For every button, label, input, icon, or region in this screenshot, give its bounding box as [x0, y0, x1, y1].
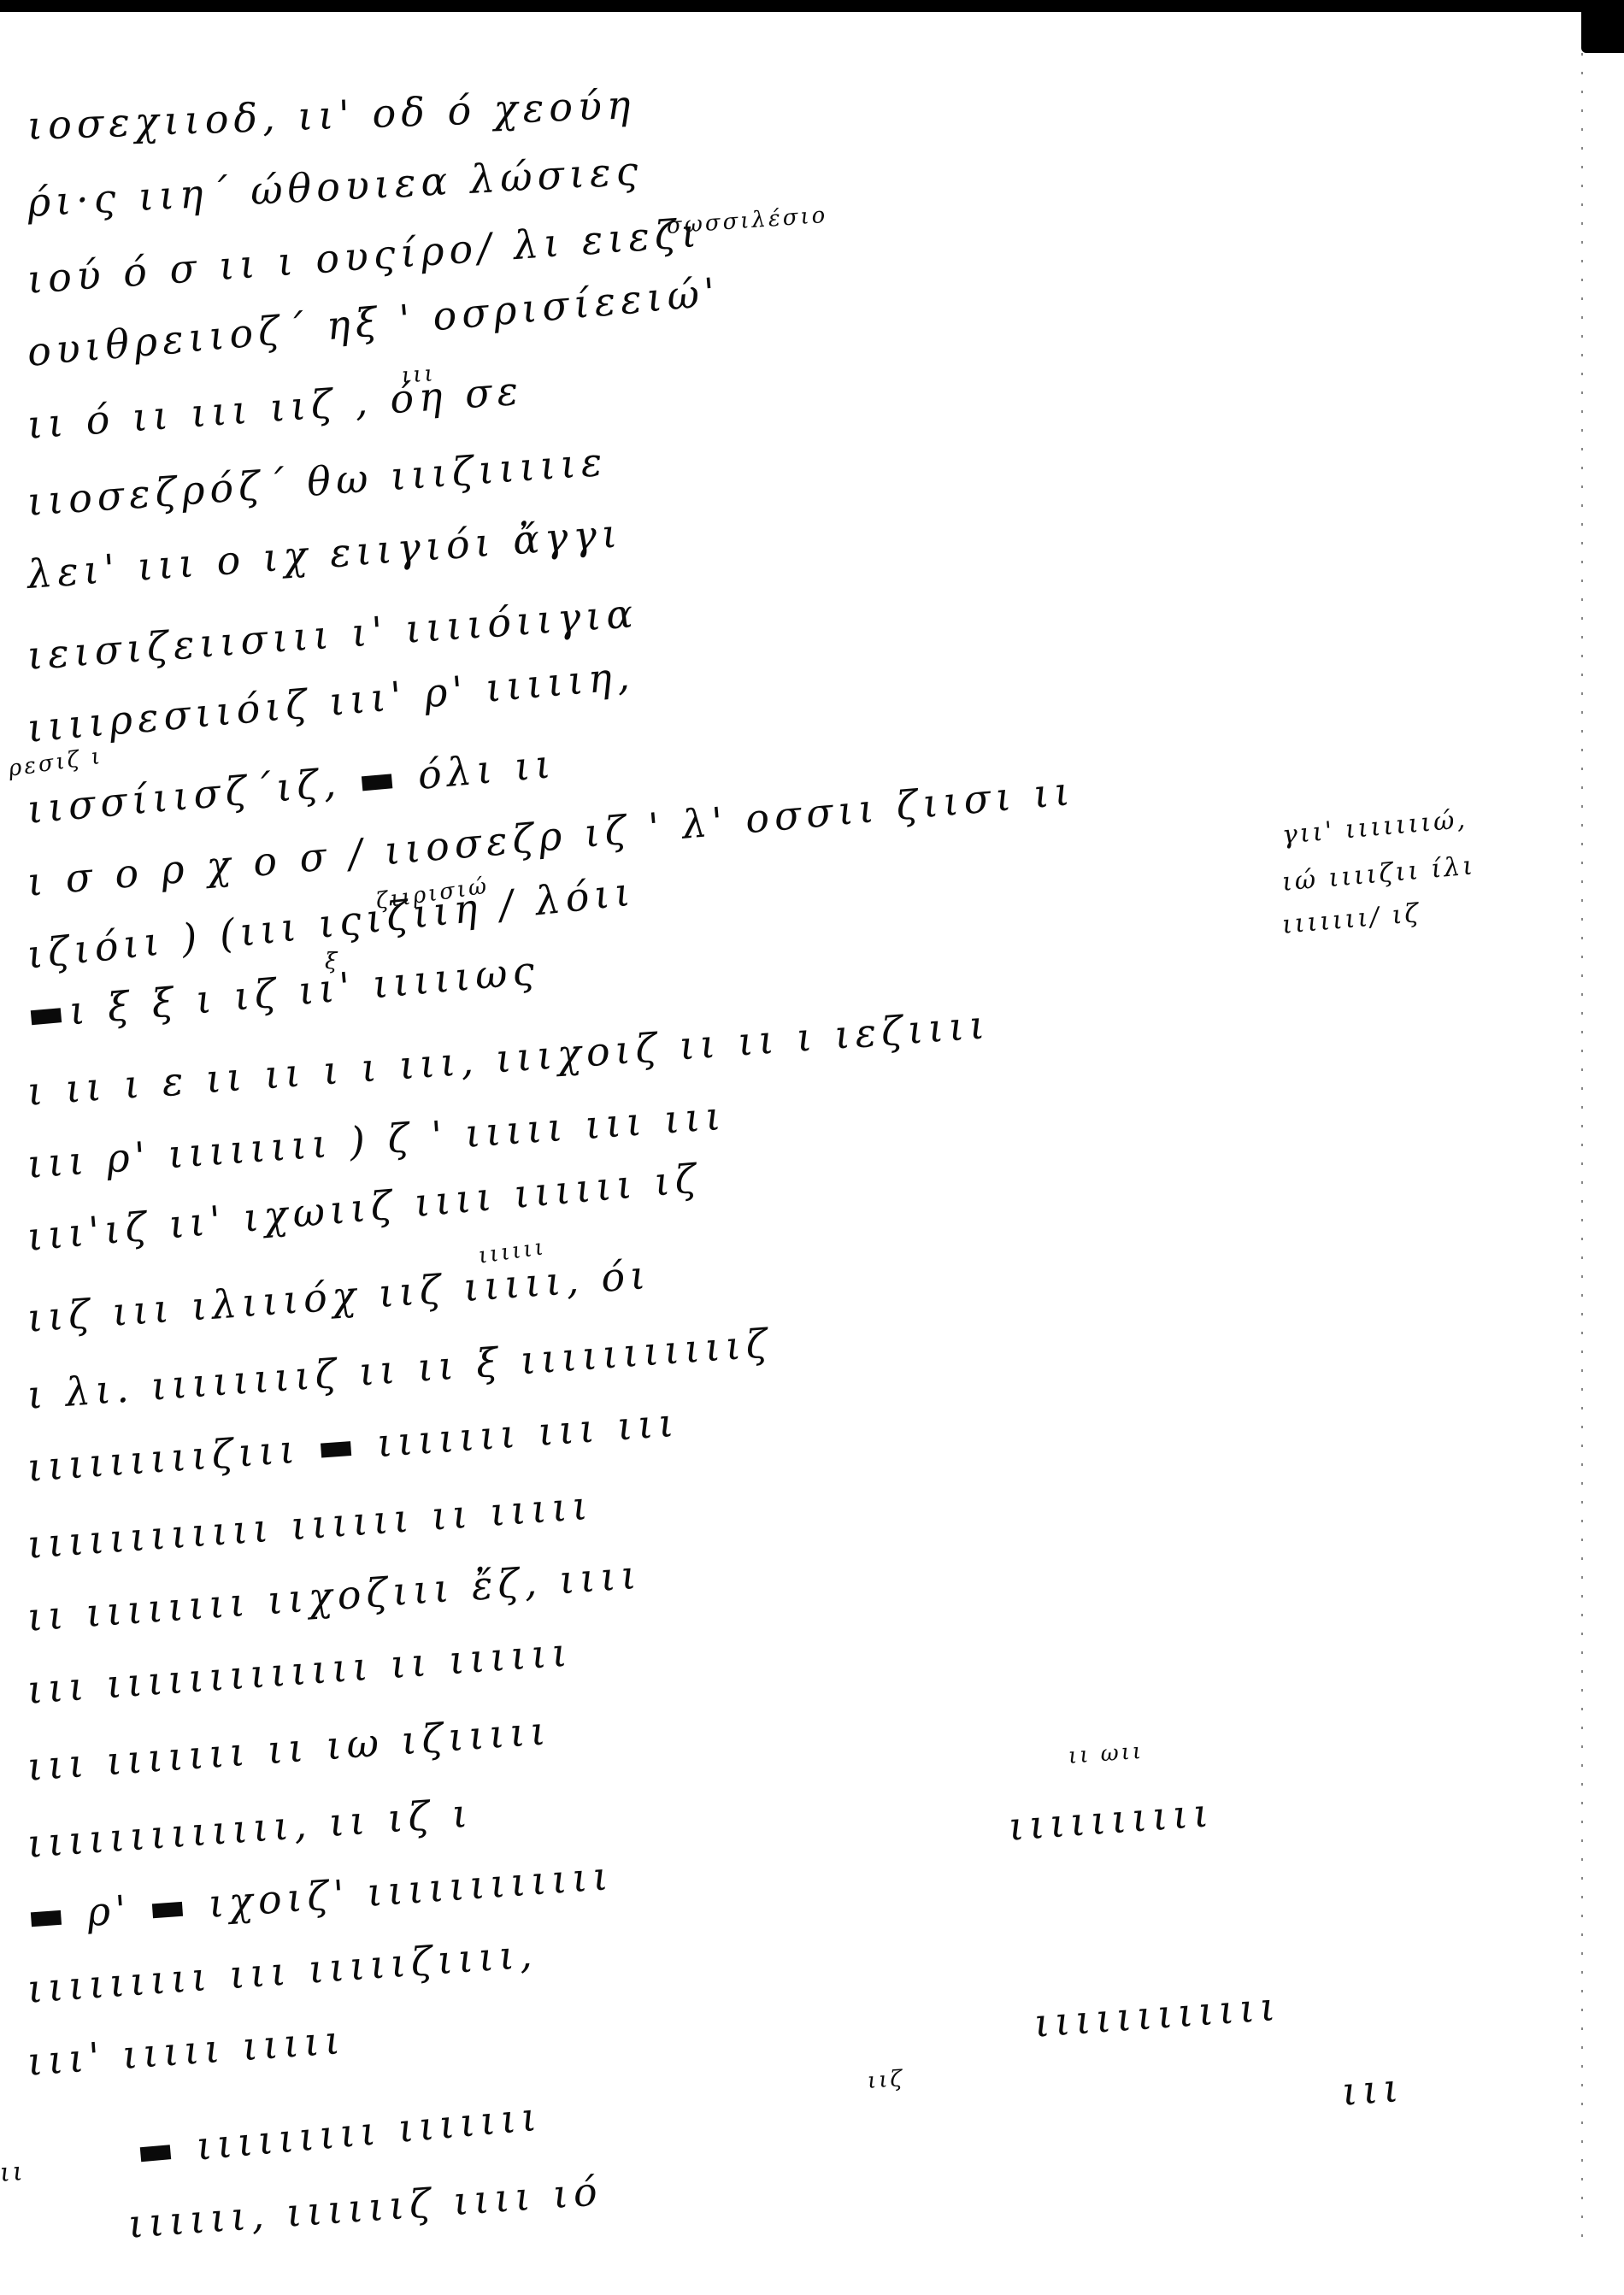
handwritten-line: ιιοσεζρόζ΄ θω ιιιζιιιιιε: [26, 438, 609, 525]
handwritten-line: ιιι ιιιιιιιιιιιιι ιι ιιιιιι: [26, 1629, 574, 1713]
scan-corner-shadow: [1581, 0, 1624, 53]
handwritten-line: ιιιιιιιιι ιιι ιιιιιζιιιι,: [26, 1930, 538, 2012]
handwritten-line: γιι' ιιιιιιιώ,: [1280, 804, 1468, 850]
handwritten-line: λει' ιιι ο ιχ ειιγιόι ἄγγι: [26, 509, 624, 597]
scan-top-border: [0, 0, 1624, 12]
handwritten-line: ιιι ιιιιιιι ιι ιω ιζιιιιι: [26, 1707, 552, 1790]
handwritten-line: ρ́ι·ς ιιη΄ ώθουιεα λώσιες: [26, 147, 644, 226]
handwritten-line: ιιιιιιιιιι: [1007, 1789, 1215, 1850]
handwritten-line: ιισσίιισζ΄ιζ, ▬ όλι ιι: [26, 740, 558, 833]
handwritten-line: ιι ιιιιιιιι ιιχοζιιι ἔζ, ιιιι: [26, 1551, 643, 1640]
handwritten-line: ιιζ: [867, 2066, 905, 2094]
handwritten-line: ιιιιιιιιιιιι: [1033, 1983, 1282, 2046]
handwritten-line: ιιιιιι, ιιιιιιζ ιιιι ιό: [127, 2168, 603, 2247]
handwritten-line: ▬ ρ' ▬ ιχοιζ' ιιιιιιιιιιιι: [26, 1852, 615, 1939]
handwritten-line: ▬ ιιιιιιιιι ιιιιιιι: [135, 2093, 544, 2174]
handwritten-line: ιιιιιιιιιζιιι ▬ ιιιιιιι ιιι ιιι: [26, 1399, 680, 1491]
handwritten-line: ιιιιιιιιιιιι ιιιιιι ιι ιιιιι: [26, 1482, 594, 1568]
handwritten-line: ιοσεχιιοδ, ιι' οδ ό χεούη: [26, 81, 636, 149]
handwritten-line: ιιζ ιιι ιλιιιόχ ιιζ ιιιιι, όι: [26, 1251, 652, 1341]
handwritten-line: ρεσιζ ι: [7, 744, 104, 782]
handwritten-line: ιιι' ιιιιι ιιιιι: [26, 2016, 346, 2085]
manuscript-page: ιοσεχιιοδ, ιι' οδ ό χεούηρ́ι·ς ιιη΄ ώθου…: [0, 0, 1624, 2295]
handwritten-line: ιιι: [1340, 2064, 1405, 2115]
handwritten-line: ιώ ιιιιζιι ίλι: [1280, 850, 1476, 897]
handwritten-line: ιι ωιι: [1068, 1739, 1144, 1769]
handwritten-line: ιι ό ιι ιιι ιιζ , όη σε: [26, 368, 525, 448]
handwritten-line: ιι: [0, 2157, 26, 2188]
handwritten-line: ιιιιιιιιιιιιι, ιι ιζ ι: [26, 1790, 474, 1867]
scan-right-edge: [1581, 53, 1583, 2241]
handwritten-line: ιιιιιιι/ ιζ: [1280, 898, 1421, 940]
